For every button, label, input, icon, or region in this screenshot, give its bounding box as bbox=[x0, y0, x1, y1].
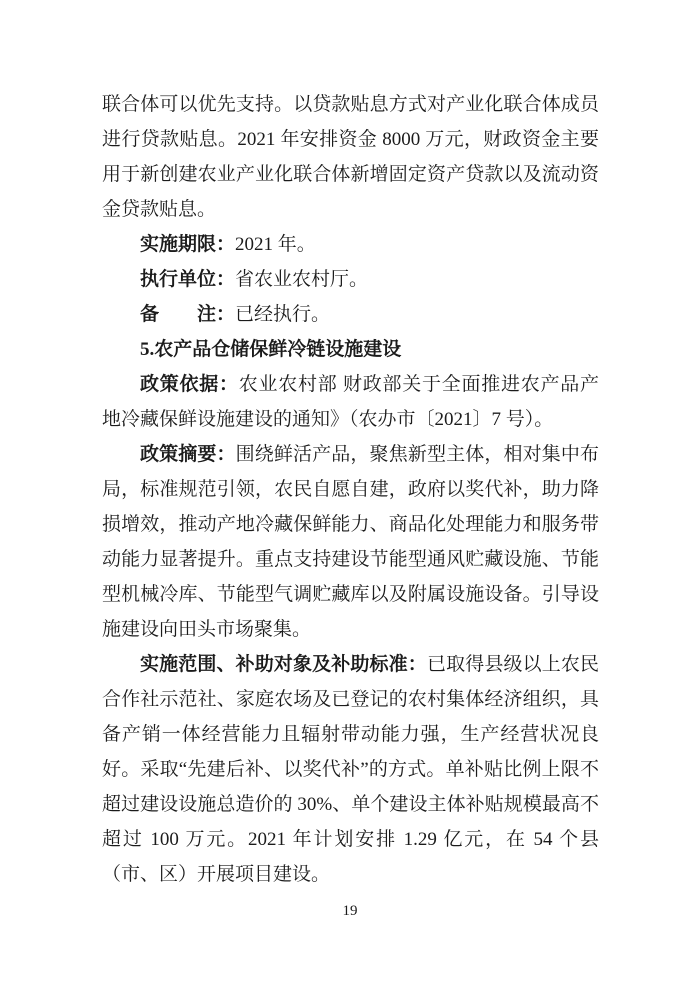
page-number: 19 bbox=[0, 903, 700, 920]
text-run: 围绕鲜活产品，聚焦新型主体，相对集中布局，标准规范引领，农民自愿自建，政府以奖代… bbox=[102, 444, 599, 640]
text-run: 已取得县级以上农民合作社示范社、家庭农场及已登记的农村集体经济组织，具备产销一体… bbox=[102, 654, 599, 885]
para-loan-interest-subsidy-continued: 联合体可以优先支持。以贷款贴息方式对产业化联合体成员进行贷款贴息。2021 年安… bbox=[102, 87, 599, 227]
text-run: 省农业农村厅。 bbox=[235, 269, 368, 290]
text-run: 已经执行。 bbox=[235, 304, 330, 325]
bold-label-run: 实施范围、补助对象及补助标准： bbox=[140, 654, 427, 675]
bold-label-run: 政策摘要： bbox=[140, 444, 236, 465]
text-run: 联合体可以优先支持。以贷款贴息方式对产业化联合体成员进行贷款贴息。2021 年安… bbox=[102, 94, 599, 220]
text-run: 2021 年。 bbox=[235, 234, 316, 255]
bold-label-run: 实施期限： bbox=[140, 234, 235, 255]
bold-label-run: 政策依据： bbox=[140, 374, 239, 395]
para-scope-subsidy-targets-standards: 实施范围、补助对象及补助标准：已取得县级以上农民合作社示范社、家庭农场及已登记的… bbox=[102, 647, 599, 892]
bold-label-run: 5.农产品仓储保鲜冷链设施建设 bbox=[140, 339, 401, 360]
para-executing-unit: 执行单位：省农业农村厅。 bbox=[102, 262, 599, 297]
bold-label-run: 执行单位： bbox=[140, 269, 235, 290]
heading-section-5-cold-chain-facilities: 5.农产品仓储保鲜冷链设施建设 bbox=[102, 332, 599, 367]
para-policy-basis: 政策依据：农业农村部 财政部关于全面推进农产品产地冷藏保鲜设施建设的通知》（农办… bbox=[102, 367, 599, 437]
para-policy-summary: 政策摘要：围绕鲜活产品，聚焦新型主体，相对集中布局，标准规范引领，农民自愿自建，… bbox=[102, 437, 599, 647]
document-page: 联合体可以优先支持。以贷款贴息方式对产业化联合体成员进行贷款贴息。2021 年安… bbox=[0, 0, 700, 990]
para-remarks: 备 注：已经执行。 bbox=[102, 297, 599, 332]
document-body: 联合体可以优先支持。以贷款贴息方式对产业化联合体成员进行贷款贴息。2021 年安… bbox=[102, 87, 599, 892]
para-implementation-period: 实施期限：2021 年。 bbox=[102, 227, 599, 262]
bold-label-run: 备 注： bbox=[140, 304, 235, 325]
